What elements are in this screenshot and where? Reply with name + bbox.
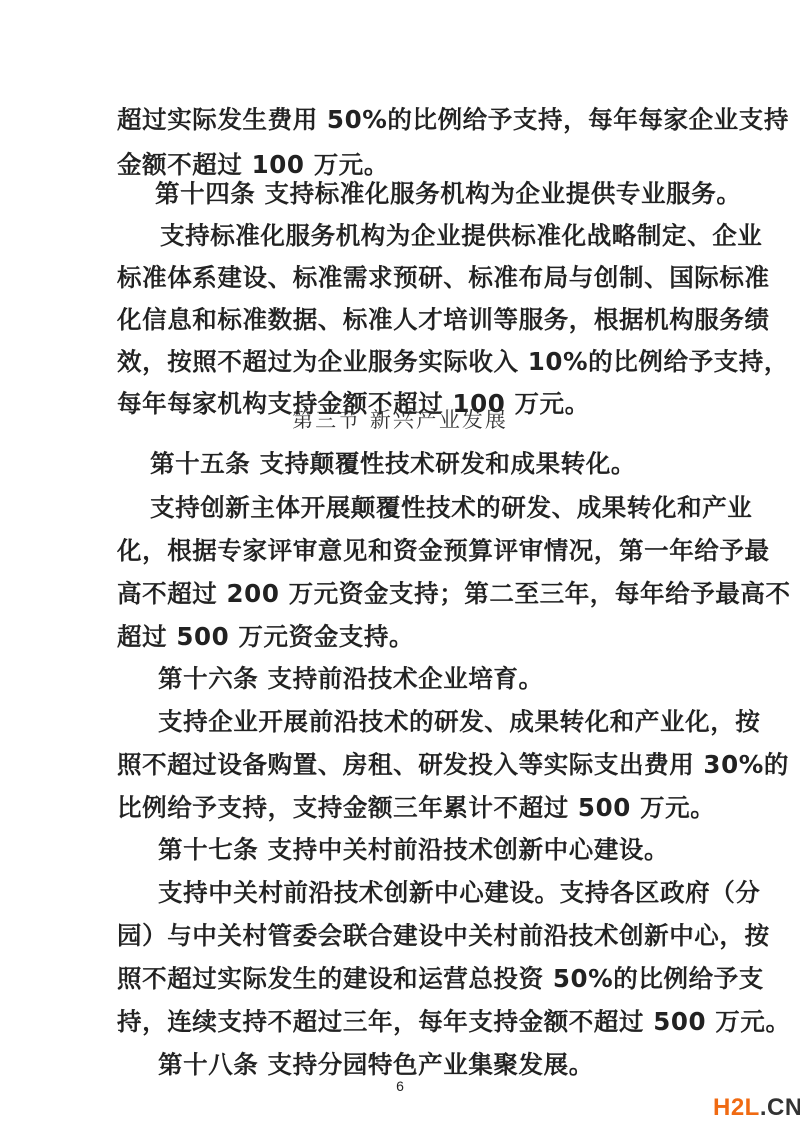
paragraph-line: 照不超过实际发生的建设和运营总投资 50%的比例给予支: [117, 963, 687, 995]
paragraph-line: 支持企业开展前沿技术的研发、成果转化和产业化，按: [158, 706, 728, 738]
article-heading-17: 第十七条 支持中关村前沿技术创新中心建设。: [158, 834, 728, 866]
paragraph-line: 超过实际发生费用 50%的比例给予支持，每年每家企业支持: [117, 104, 687, 136]
paragraph-line: 比例给予支持，支持金额三年累计不超过 500 万元。: [117, 792, 687, 824]
paragraph-line: 金额不超过 100 万元。: [117, 149, 687, 181]
article-heading-16: 第十六条 支持前沿技术企业培育。: [158, 663, 728, 695]
section-heading: 第三节 新兴产业发展: [0, 405, 800, 435]
paragraph-line: 园）与中关村管委会联合建设中关村前沿技术创新中心，按: [117, 920, 687, 952]
paragraph-line: 支持创新主体开展颠覆性技术的研发、成果转化和产业: [150, 492, 720, 524]
document-page: 超过实际发生费用 50%的比例给予支持，每年每家企业支持 金额不超过 100 万…: [0, 0, 800, 1131]
paragraph-line: 支持标准化服务机构为企业提供标准化战略制定、企业: [160, 220, 730, 252]
site-watermark: H2L.CN: [713, 1094, 800, 1122]
paragraph-line: 效，按照不超过为企业服务实际收入 10%的比例给予支持，: [117, 346, 687, 378]
paragraph-line: 标准体系建设、标准需求预研、标准布局与创制、国际标准: [117, 262, 687, 294]
paragraph-line: 化信息和标准数据、标准人才培训等服务，根据机构服务绩: [117, 304, 687, 336]
paragraph-line: 化，根据专家评审意见和资金预算评审情况，第一年给予最: [117, 535, 687, 567]
paragraph-line: 高不超过 200 万元资金支持；第二至三年，每年给予最高不: [117, 578, 687, 610]
watermark-brand: H2L: [713, 1094, 760, 1121]
page-number: 6: [0, 1078, 800, 1094]
paragraph-line: 持，连续支持不超过三年，每年支持金额不超过 500 万元。: [117, 1006, 687, 1038]
paragraph-line: 支持中关村前沿技术创新中心建设。支持各区政府（分: [158, 877, 728, 909]
article-heading-18: 第十八条 支持分园特色产业集聚发展。: [158, 1049, 728, 1081]
paragraph-line: 超过 500 万元资金支持。: [117, 621, 687, 653]
article-heading-15: 第十五条 支持颠覆性技术研发和成果转化。: [150, 448, 720, 480]
article-heading-14: 第十四条 支持标准化服务机构为企业提供专业服务。: [155, 178, 725, 210]
watermark-domain: .CN: [760, 1094, 800, 1121]
paragraph-line: 照不超过设备购置、房租、研发投入等实际支出费用 30%的: [117, 749, 687, 781]
